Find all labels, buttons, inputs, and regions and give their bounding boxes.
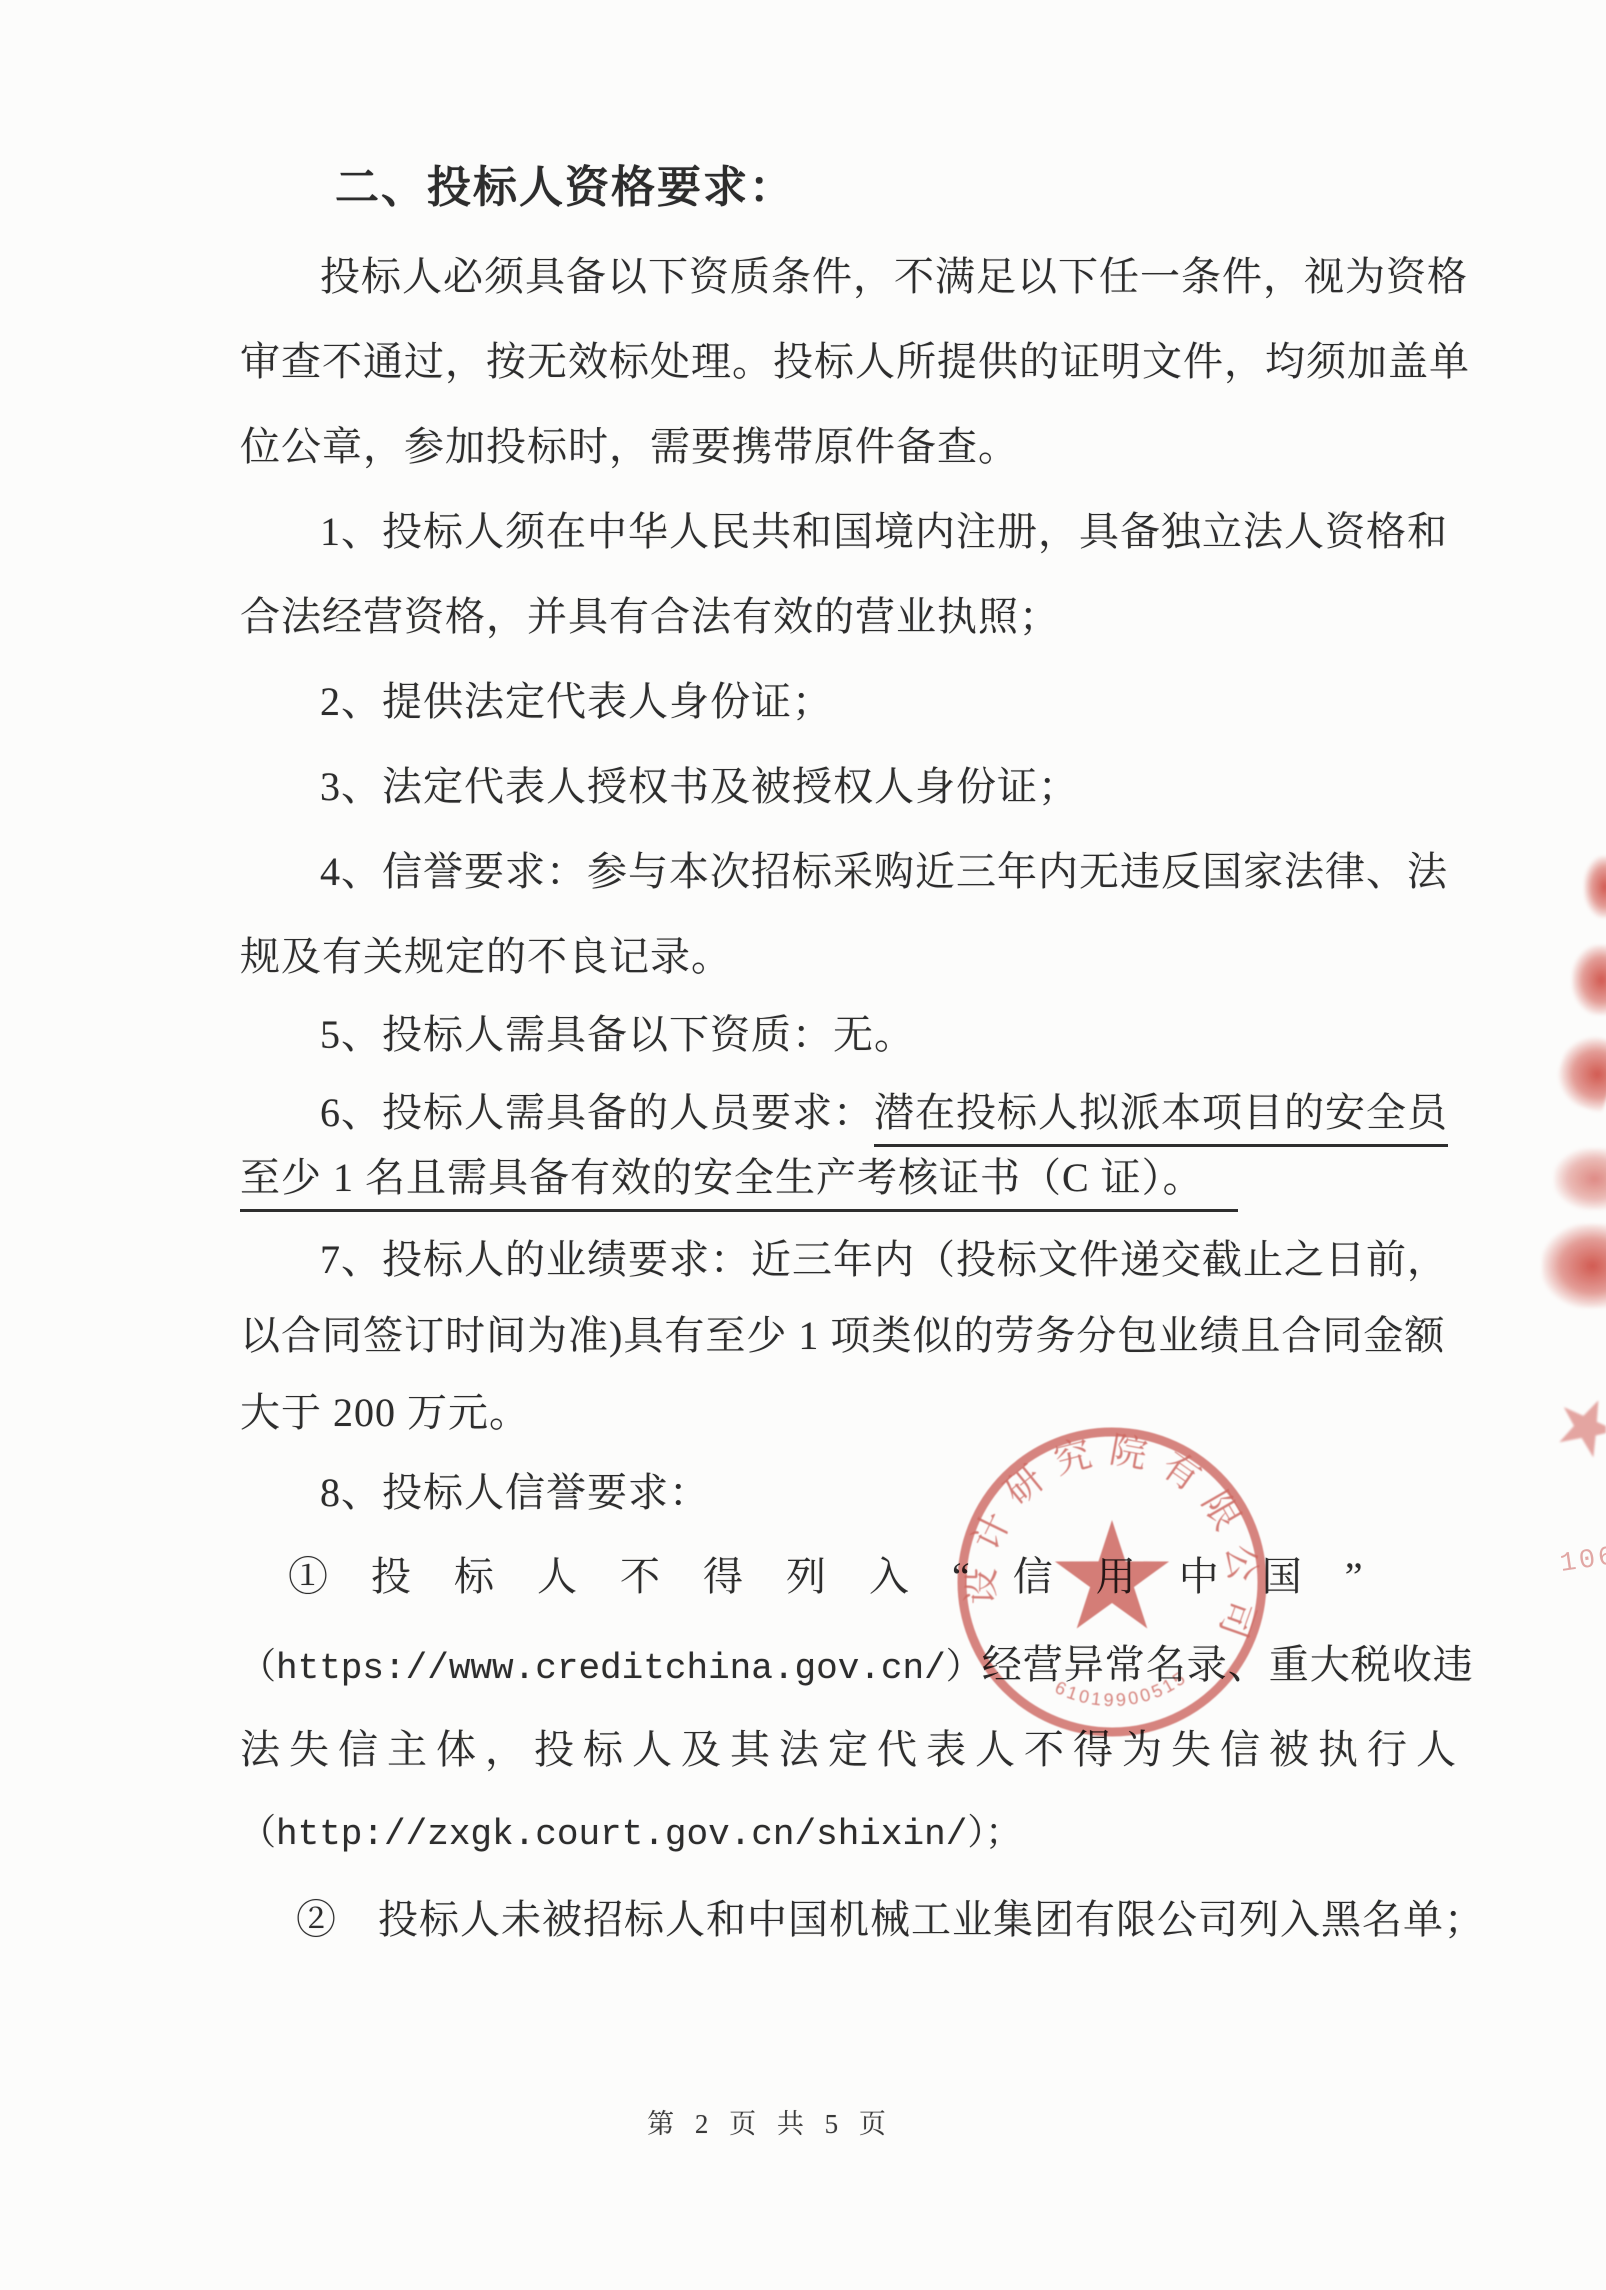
clause2-line: ② 投标人未被招标人和中国机械工业集团有限公司列入黑名单； (296, 1895, 1485, 1945)
item6-underlined-part1: 潜在投标人拟派本项目的安全员 (874, 1090, 1448, 1147)
item4-line1: 4、信誉要求：参与本次招标采购近三年内无违反国家法律、法 (320, 847, 1448, 897)
star-icon (1055, 1520, 1169, 1629)
clause1-line2: （https://www.creditchina.gov.cn/）经营异常名录、… (240, 1640, 1474, 1691)
seal-serial-number: 61019900515 (1052, 1667, 1191, 1711)
edge-stamp-fragment (1550, 1028, 1606, 1113)
section-heading: 二、投标人资格要求： (335, 160, 795, 215)
item6-underlined-part2: 至少 1 名且需具备有效的安全生产考核证书（C 证）。 (240, 1155, 1238, 1212)
item8-line: 8、投标人信誉要求： (320, 1468, 710, 1518)
item7-line3: 大于 200 万元。 (240, 1388, 530, 1438)
edge-stamp-partial-number: 106 (1558, 1542, 1606, 1580)
item6-line2: 至少 1 名且需具备有效的安全生产考核证书（C 证）。 (240, 1153, 1238, 1203)
item7-line1: 7、投标人的业绩要求：近三年内（投标文件递交截止之日前， (320, 1235, 1448, 1285)
item7-line2: 以合同签订时间为准)具有至少 1 项类似的劳务分包业绩且合同金额 (240, 1311, 1445, 1361)
item4-line2: 规及有关规定的不良记录。 (240, 932, 732, 982)
edge-stamp-star-fragment (1544, 1364, 1606, 1464)
item2-line: 2、提供法定代表人身份证； (320, 677, 833, 727)
zxgk-court-url: （http://zxgk.court.gov.cn/shixin/）； (240, 1812, 1021, 1857)
edge-stamp-fragment (1554, 1148, 1606, 1210)
company-seal-stamp: 设计研究院有限公司 61019900515 (942, 1412, 1282, 1752)
item1-line2: 合法经营资格，并具有合法有效的营业执照； (240, 592, 1060, 642)
page-number: 第 2 页 共 5 页 (0, 2108, 1540, 2142)
edge-stamp-fragment (1572, 945, 1606, 1015)
item5-line: 5、投标人需具备以下资质：无。 (320, 1010, 915, 1060)
item1-line1: 1、投标人须在中华人民共和国境内注册，具备独立法人资格和 (320, 507, 1448, 557)
creditchina-url: （https://www.creditchina.gov.cn/） (240, 1648, 982, 1689)
document-page: 二、投标人资格要求： 投标人必须具备以下资质条件，不满足以下任一条件，视为资格 … (0, 0, 1606, 2290)
edge-stamp-fragment (1584, 856, 1606, 918)
edge-stamp-fragment (1542, 1224, 1606, 1308)
item6-line1: 6、投标人需具备的人员要求：潜在投标人拟派本项目的安全员 (320, 1088, 1448, 1138)
para1-line2: 审查不通过，按无效标处理。投标人所提供的证明文件，均须加盖单 (240, 337, 1470, 387)
item6-prefix: 6、投标人需具备的人员要求： (320, 1090, 874, 1135)
para1-line3: 位公章，参加投标时，需要携带原件备查。 (240, 422, 1019, 472)
para1-line1: 投标人必须具备以下资质条件，不满足以下任一条件，视为资格 (320, 252, 1468, 302)
item3-line: 3、法定代表人授权书及被授权人身份证； (320, 762, 1079, 812)
